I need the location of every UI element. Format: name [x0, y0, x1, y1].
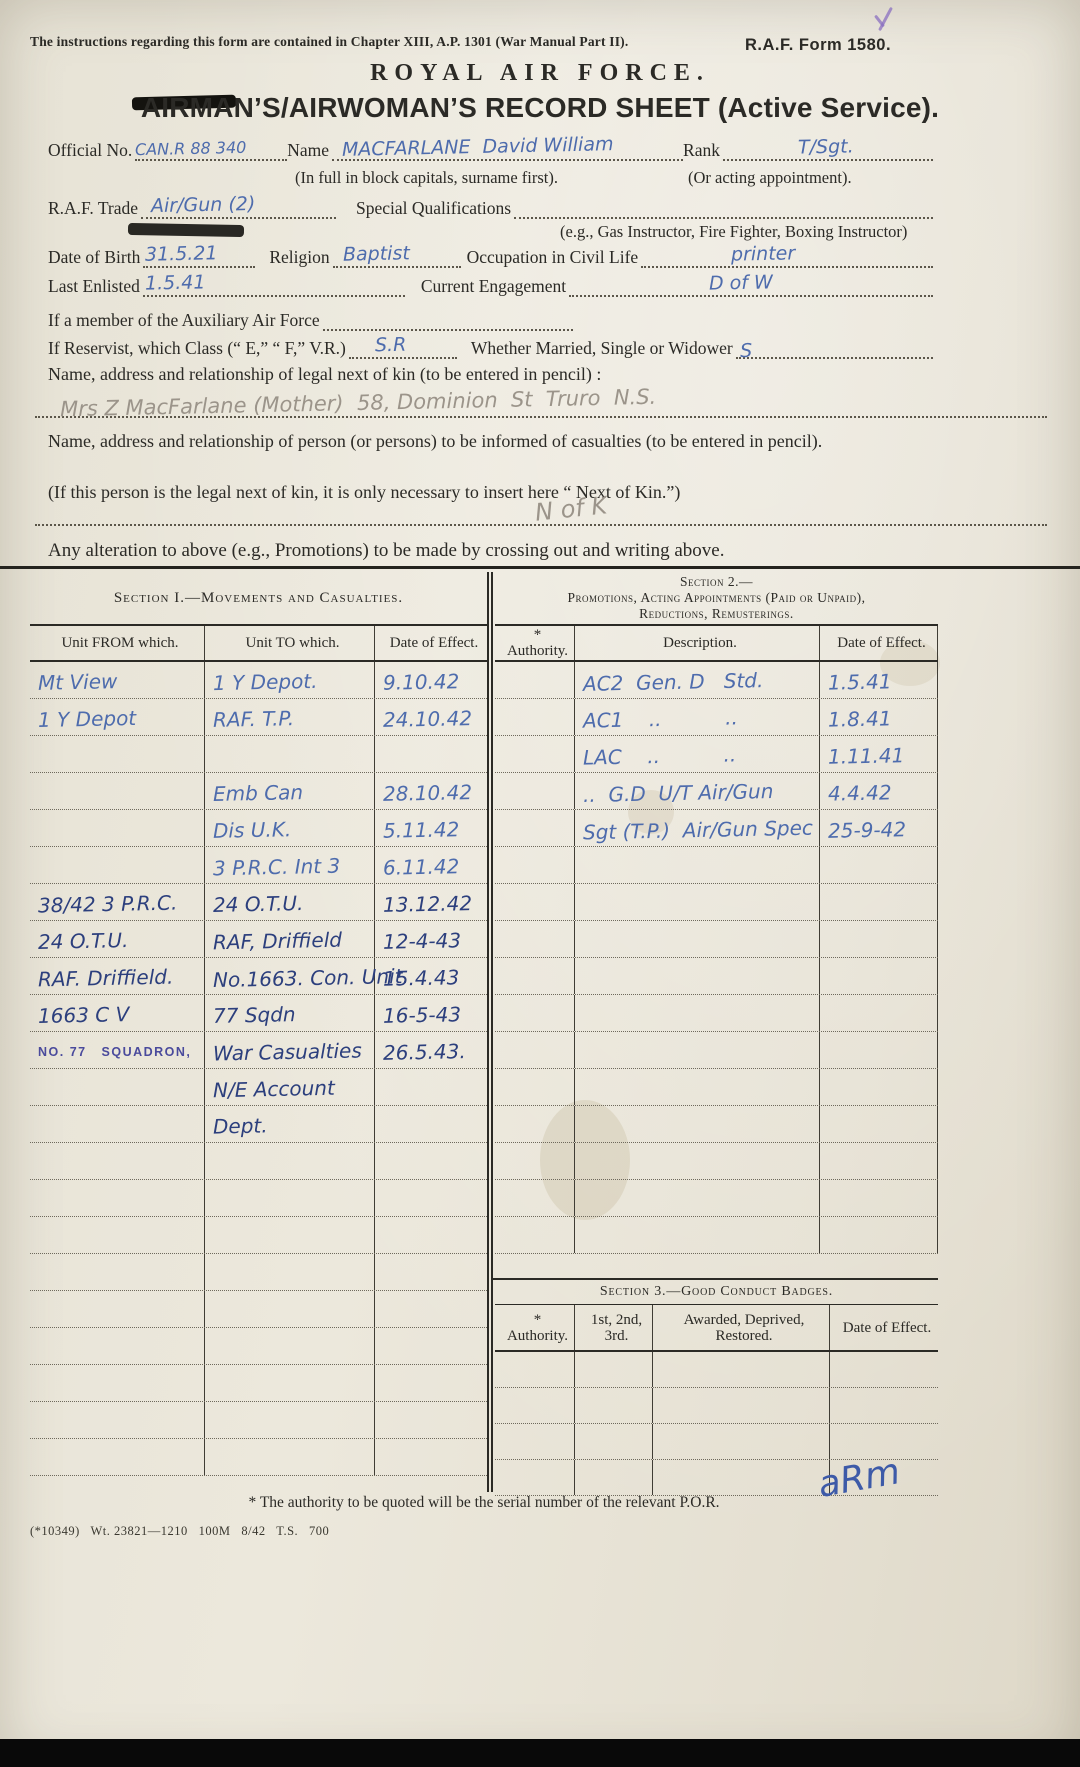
promotion-description-cell: [575, 847, 820, 883]
occupation-value: printer: [731, 242, 796, 265]
movement-date-cell: 6.11.42: [375, 847, 487, 883]
special-qualifications-note: (e.g., Gas Instructor, Fire Fighter, Box…: [560, 222, 907, 242]
movement-to-cell: 77 Sqdn: [205, 995, 375, 1031]
col-date-of-effect: Date of Effect.: [820, 626, 938, 660]
movement-from-cell: [30, 1439, 205, 1475]
promotion-authority-cell: [495, 736, 575, 772]
movement-to-cell: [205, 1217, 375, 1253]
movement-date-cell: 15.4.43: [375, 958, 487, 994]
promotion-description-cell: [575, 1106, 820, 1142]
section2-title-line3: Reductions, Remusterings.: [639, 606, 794, 622]
promotion-row: [495, 1069, 938, 1106]
movement-row: N/E Account: [30, 1069, 487, 1106]
badge-award-cell: [653, 1424, 830, 1459]
movement-row: NO. 77 SQUADRON,War Casualties26.5.43.: [30, 1032, 487, 1069]
movement-from-cell: [30, 1143, 205, 1179]
movement-date-value: 15.4.43: [383, 965, 460, 991]
movement-row: [30, 1439, 487, 1476]
movement-row: [30, 1180, 487, 1217]
movement-to-cell: [205, 1143, 375, 1179]
promotion-description-cell: AC1 .. ..: [575, 699, 820, 735]
promotion-date-value: 1.8.41: [828, 706, 892, 731]
movement-to-cell: Emb Can: [205, 773, 375, 809]
movement-date-cell: [375, 1069, 487, 1105]
promotion-date-cell: [820, 995, 938, 1031]
promotion-date-cell: [820, 1032, 938, 1068]
promotion-authority-cell: [495, 1217, 575, 1253]
movement-date-cell: [375, 1217, 487, 1253]
trade-value: Air/Gun (2): [151, 193, 256, 217]
promotion-date-cell: [820, 1069, 938, 1105]
promotion-date-cell: [820, 1106, 938, 1142]
movement-date-cell: [375, 1328, 487, 1364]
religion-value: Baptist: [342, 242, 409, 265]
movement-from-value: 1 Y Depot: [38, 706, 137, 732]
movement-from-cell: [30, 1069, 205, 1105]
promotion-description-cell: [575, 884, 820, 920]
next-of-kin-field: Mrs Z MacFarlane (Mother) 58, Dominion S…: [35, 388, 1047, 418]
movement-from-value: NO. 77 SQUADRON,: [38, 1045, 191, 1059]
movement-row: Mt View1 Y Depot.9.10.42: [30, 662, 487, 699]
reservist-value: S.R: [375, 334, 407, 357]
movement-from-cell: [30, 1180, 205, 1216]
section2-title: Section 2.— Promotions, Acting Appointme…: [495, 572, 938, 624]
movement-to-cell: [205, 736, 375, 772]
col-authority: * Authority.: [495, 1305, 575, 1350]
promotion-date-cell: [820, 1180, 938, 1216]
col-date-of-effect: Date of Effect.: [830, 1305, 938, 1350]
religion-label: Religion: [255, 247, 332, 268]
movement-date-value: 28.10.42: [383, 780, 473, 806]
promotion-date-cell: 4.4.42: [820, 773, 938, 809]
promotion-row: [495, 958, 938, 995]
movement-from-value: 24 O.T.U.: [38, 928, 129, 954]
promotion-row: [495, 995, 938, 1032]
section1-header-row: Unit FROM which. Unit TO which. Date of …: [30, 624, 487, 662]
badge-authority-cell: [495, 1352, 575, 1387]
movement-row: [30, 1365, 487, 1402]
movement-row: [30, 1254, 487, 1291]
movement-to-value: 1 Y Depot.: [213, 669, 318, 695]
movement-to-cell: [205, 1402, 375, 1438]
movement-from-cell: [30, 1328, 205, 1364]
movement-to-cell: [205, 1328, 375, 1364]
promotion-authority-cell: [495, 847, 575, 883]
badge-row: [495, 1388, 938, 1424]
movement-to-value: Emb Can: [213, 780, 304, 806]
movement-to-cell: [205, 1180, 375, 1216]
movement-date-value: 26.5.43.: [383, 1039, 466, 1065]
promotion-row: [495, 1032, 938, 1069]
movement-from-cell: [30, 1291, 205, 1327]
promotion-description-value: Sgt (T.P.) Air/Gun Spec: [583, 816, 813, 845]
date-of-birth-value: 31.5.21: [145, 242, 218, 266]
promotion-row: [495, 847, 938, 884]
movement-to-cell: Dept.: [205, 1106, 375, 1142]
movement-row: 38/42 3 P.R.C.24 O.T.U.13.12.42: [30, 884, 487, 921]
promotion-description-value: .. G.D U/T Air/Gun: [583, 779, 774, 807]
movement-date-cell: [375, 1439, 487, 1475]
occupation-field: printer: [641, 245, 933, 268]
promotion-authority-cell: [495, 773, 575, 809]
movement-row: 3 P.R.C. Int 36.11.42: [30, 847, 487, 884]
promotion-description-value: AC1 .. ..: [583, 705, 738, 732]
movement-date-cell: [375, 1291, 487, 1327]
movement-date-value: 5.11.42: [383, 817, 460, 843]
casualties-label: Name, address and relationship of person…: [48, 431, 822, 451]
promotion-description-cell: .. G.D U/T Air/Gun: [575, 773, 820, 809]
movement-date-cell: 16-5-43: [375, 995, 487, 1031]
promotion-row: AC1 .. ..1.8.41: [495, 699, 938, 736]
form-number: R.A.F. Form 1580.: [745, 36, 891, 55]
movement-row: RAF. Driffield.No.1663. Con. Unit.15.4.4…: [30, 958, 487, 995]
next-of-kin-value: Mrs Z MacFarlane (Mother) 58, Dominion S…: [60, 385, 657, 421]
movement-row: [30, 1328, 487, 1365]
form-subtitle: AIRMAN’S/AIRWOMAN’S RECORD SHEET (Active…: [0, 92, 1080, 124]
movement-to-cell: 3 P.R.C. Int 3: [205, 847, 375, 883]
movement-from-cell: 1663 C V: [30, 995, 205, 1031]
badge-date-cell: [830, 1388, 938, 1423]
col-unit-from: Unit FROM which.: [30, 626, 205, 660]
ink-smudge: [128, 223, 244, 237]
promotion-description-cell: LAC .. ..: [575, 736, 820, 772]
date-of-birth-field: 31.5.21: [143, 245, 255, 268]
movement-date-value: 6.11.42: [383, 854, 460, 880]
col-badge-class: 1st, 2nd, 3rd.: [575, 1305, 653, 1350]
col-authority: * Authority.: [495, 626, 575, 660]
movement-to-cell: War Casualties: [205, 1032, 375, 1068]
trade-label: R.A.F. Trade: [48, 198, 141, 219]
tables-area: Section I.—Movements and Casualties. Uni…: [30, 572, 938, 1492]
badge-grade-cell: [575, 1352, 653, 1387]
movement-from-cell: [30, 1365, 205, 1401]
casualties-person-field: N of K: [35, 496, 1047, 526]
badge-award-cell: [653, 1352, 830, 1387]
movement-to-value: War Casualties: [213, 1038, 362, 1065]
movement-date-value: 16-5-43: [383, 1002, 462, 1028]
promotion-date-cell: 1.11.41: [820, 736, 938, 772]
section2-title-line1: Section 2.—: [680, 574, 753, 590]
trade-field: Air/Gun (2): [141, 196, 336, 219]
col-date-of-effect: Date of Effect.: [375, 626, 487, 660]
movement-from-cell: RAF. Driffield.: [30, 958, 205, 994]
special-qualifications-field: [514, 196, 933, 219]
movement-from-cell: [30, 1402, 205, 1438]
movement-to-value: 24 O.T.U.: [213, 891, 304, 917]
badge-award-cell: [653, 1460, 830, 1495]
movement-row: 1 Y DepotRAF. T.P.24.10.42: [30, 699, 487, 736]
marital-label: Whether Married, Single or Widower: [457, 338, 736, 359]
movement-date-cell: 12-4-43: [375, 921, 487, 957]
reservist-field: S.R: [349, 336, 457, 359]
movement-from-cell: 24 O.T.U.: [30, 921, 205, 957]
section2-header-row: * Authority. Description. Date of Effect…: [495, 624, 938, 662]
movement-row: [30, 736, 487, 773]
name-field: MACFARLANE David William: [332, 138, 683, 161]
movement-to-value: 77 Sqdn: [213, 1002, 296, 1028]
current-engagement-label: Current Engagement: [405, 276, 569, 297]
name-note: (In full in block capitals, surname firs…: [295, 168, 558, 188]
movement-row: [30, 1402, 487, 1439]
pen-scribble-mark: [866, 4, 902, 38]
movement-from-cell: [30, 1254, 205, 1290]
reservist-label: If Reservist, which Class (“ E,” “ F,” V…: [48, 338, 349, 359]
date-of-birth-label: Date of Birth: [48, 247, 143, 268]
movement-to-value: RAF, Driffield: [213, 928, 342, 955]
movement-row: 1663 C V77 Sqdn16-5-43: [30, 995, 487, 1032]
name-label: Name: [287, 140, 332, 161]
movement-from-cell: [30, 736, 205, 772]
movement-date-cell: [375, 1254, 487, 1290]
marital-value: S: [740, 340, 752, 356]
movement-date-cell: 13.12.42: [375, 884, 487, 920]
section1-title: Section I.—Movements and Casualties.: [30, 572, 487, 624]
movement-to-cell: Dis U.K.: [205, 810, 375, 846]
movement-date-cell: 28.10.42: [375, 773, 487, 809]
movement-date-cell: [375, 1106, 487, 1142]
form-title: ROYAL AIR FORCE.: [0, 60, 1080, 87]
promotion-row: [495, 884, 938, 921]
section1-rows: Mt View1 Y Depot.9.10.421 Y DepotRAF. T.…: [30, 662, 487, 1476]
movement-from-value: RAF. Driffield.: [38, 965, 174, 992]
printer-imprint: (*10349) Wt. 23821—1210 100M 8/42 T.S. 7…: [30, 1524, 329, 1539]
promotion-date-cell: [820, 847, 938, 883]
movement-to-value: 3 P.R.C. Int 3: [213, 854, 341, 881]
movement-date-cell: [375, 736, 487, 772]
promotion-row: Sgt (T.P.) Air/Gun Spec25-9-42: [495, 810, 938, 847]
movement-row: Dis U.K.5.11.42: [30, 810, 487, 847]
movement-from-value: Mt View: [38, 669, 118, 695]
movement-to-cell: [205, 1254, 375, 1290]
last-enlisted-field: 1.5.41: [143, 274, 405, 297]
promotion-date-value: 4.4.42: [828, 780, 892, 805]
movement-to-cell: N/E Account: [205, 1069, 375, 1105]
movement-date-cell: 26.5.43.: [375, 1032, 487, 1068]
promotion-description-cell: [575, 921, 820, 957]
section3-title: Section 3.—Good Conduct Badges.: [495, 1280, 938, 1305]
alteration-note: Any alteration to above (e.g., Promotion…: [48, 540, 724, 562]
promotion-date-cell: [820, 1143, 938, 1179]
movement-date-cell: [375, 1180, 487, 1216]
promotion-row: AC2 Gen. D Std.1.5.41: [495, 662, 938, 699]
badge-authority-cell: [495, 1460, 575, 1495]
promotion-authority-cell: [495, 1069, 575, 1105]
section-divider-rule: [0, 566, 1080, 569]
movement-to-cell: RAF. T.P.: [205, 699, 375, 735]
movement-to-cell: No.1663. Con. Unit.: [205, 958, 375, 994]
auxiliary-label: If a member of the Auxiliary Air Force: [48, 310, 323, 331]
authority-footnote: * The authority to be quoted will be the…: [30, 1494, 938, 1512]
movement-from-cell: [30, 1217, 205, 1253]
movement-from-cell: Mt View: [30, 662, 205, 698]
promotion-description-cell: [575, 1032, 820, 1068]
movement-to-value: Dis U.K.: [213, 817, 292, 843]
movement-from-value: 38/42 3 P.R.C.: [38, 891, 178, 918]
badge-award-cell: [653, 1388, 830, 1423]
rank-field: T/Sgt.: [723, 138, 933, 161]
movement-row: [30, 1291, 487, 1328]
promotion-authority-cell: [495, 810, 575, 846]
movement-row: Dept.: [30, 1106, 487, 1143]
official-no-field: CAN.R 88 340: [135, 138, 287, 161]
promotion-authority-cell: [495, 921, 575, 957]
badge-date-cell: [830, 1352, 938, 1387]
movement-row: [30, 1217, 487, 1254]
section2-rows: AC2 Gen. D Std.1.5.41AC1 .. ..1.8.41LAC …: [495, 662, 938, 1254]
badge-grade-cell: [575, 1388, 653, 1423]
promotion-description-cell: [575, 1143, 820, 1179]
current-engagement-field: D of W: [569, 274, 933, 297]
promotion-row: [495, 921, 938, 958]
promotion-description-cell: [575, 995, 820, 1031]
promotion-row: [495, 1143, 938, 1180]
movement-date-value: 13.12.42: [383, 891, 473, 917]
religion-field: Baptist: [333, 245, 461, 268]
movement-to-cell: [205, 1291, 375, 1327]
promotion-date-cell: 1.5.41: [820, 662, 938, 698]
promotion-description-cell: Sgt (T.P.) Air/Gun Spec: [575, 810, 820, 846]
movement-date-cell: 5.11.42: [375, 810, 487, 846]
movement-date-cell: [375, 1402, 487, 1438]
movement-date-value: 9.10.42: [383, 669, 460, 695]
movement-row: [30, 1143, 487, 1180]
movement-to-cell: 1 Y Depot.: [205, 662, 375, 698]
section1-table: Section I.—Movements and Casualties. Uni…: [30, 572, 487, 1476]
col-description: Description.: [575, 626, 820, 660]
movement-date-cell: 24.10.42: [375, 699, 487, 735]
promotion-row: [495, 1180, 938, 1217]
promotion-description-cell: AC2 Gen. D Std.: [575, 662, 820, 698]
casualties-person-value: N of K: [534, 491, 609, 526]
promotion-date-cell: [820, 958, 938, 994]
movement-to-cell: [205, 1439, 375, 1475]
occupation-label: Occupation in Civil Life: [461, 247, 642, 268]
movement-from-cell: [30, 773, 205, 809]
badge-row: [495, 1352, 938, 1388]
movement-to-value: Dept.: [213, 1113, 268, 1138]
movement-to-cell: [205, 1365, 375, 1401]
promotion-row: LAC .. ..1.11.41: [495, 736, 938, 773]
promotion-description-cell: [575, 958, 820, 994]
movement-date-cell: [375, 1365, 487, 1401]
movement-to-cell: 24 O.T.U.: [205, 884, 375, 920]
promotion-authority-cell: [495, 662, 575, 698]
movement-to-cell: RAF, Driffield: [205, 921, 375, 957]
movement-from-cell: [30, 1106, 205, 1142]
movement-from-cell: 1 Y Depot: [30, 699, 205, 735]
raf-record-sheet: The instructions regarding this form are…: [0, 0, 1080, 1767]
promotion-authority-cell: [495, 699, 575, 735]
promotion-date-value: 25-9-42: [828, 817, 907, 843]
badge-grade-cell: [575, 1424, 653, 1459]
movement-date-cell: 9.10.42: [375, 662, 487, 698]
movement-to-value: N/E Account: [213, 1076, 335, 1103]
section2-title-line2: Promotions, Acting Appointments (Paid or…: [567, 590, 865, 606]
badge-authority-cell: [495, 1424, 575, 1459]
official-no-label: Official No.: [48, 140, 135, 161]
badge-grade-cell: [575, 1460, 653, 1495]
col-unit-to: Unit TO which.: [205, 626, 375, 660]
promotion-date-cell: [820, 921, 938, 957]
section3-header-row: * Authority. 1st, 2nd, 3rd. Awarded, Dep…: [495, 1305, 938, 1352]
promotion-description-value: LAC .. ..: [583, 742, 737, 769]
promotion-date-cell: [820, 1217, 938, 1253]
section2-table: Section 2.— Promotions, Acting Appointme…: [493, 572, 938, 1254]
movement-date-value: 24.10.42: [383, 706, 473, 732]
promotion-authority-cell: [495, 1180, 575, 1216]
promotion-description-cell: [575, 1069, 820, 1105]
rank-value: T/Sgt.: [798, 135, 854, 158]
promotion-date-cell: 1.8.41: [820, 699, 938, 735]
movement-date-value: 12-4-43: [383, 928, 462, 954]
last-enlisted-label: Last Enlisted: [48, 276, 143, 297]
movement-from-cell: [30, 810, 205, 846]
promotion-authority-cell: [495, 1143, 575, 1179]
promotion-row: [495, 1217, 938, 1254]
promotion-authority-cell: [495, 1032, 575, 1068]
movement-from-cell: 38/42 3 P.R.C.: [30, 884, 205, 920]
marital-field: S: [736, 336, 933, 359]
official-no-value: CAN.R 88 340: [135, 138, 247, 159]
scan-edge-bar: [0, 1739, 1080, 1767]
promotion-description-value: AC2 Gen. D Std.: [583, 668, 764, 696]
promotion-description-cell: [575, 1180, 820, 1216]
promotion-authority-cell: [495, 958, 575, 994]
last-enlisted-value: 1.5.41: [145, 271, 206, 294]
auxiliary-field: [323, 308, 573, 331]
promotion-authority-cell: [495, 1106, 575, 1142]
promotion-date-value: 1.5.41: [828, 669, 892, 694]
badge-authority-cell: [495, 1388, 575, 1423]
promotion-date-cell: 25-9-42: [820, 810, 938, 846]
rank-note: (Or acting appointment).: [688, 168, 852, 188]
promotion-authority-cell: [495, 884, 575, 920]
promotion-date-cell: [820, 884, 938, 920]
col-awarded-deprived-restored: Awarded, Deprived, Restored.: [653, 1305, 830, 1350]
movement-row: 24 O.T.U.RAF, Driffield12-4-43: [30, 921, 487, 958]
name-value: MACFARLANE David William: [342, 133, 614, 161]
promotion-row: .. G.D U/T Air/Gun4.4.42: [495, 773, 938, 810]
movement-from-cell: [30, 847, 205, 883]
movement-from-value: 1663 C V: [38, 1002, 130, 1028]
movement-row: Emb Can28.10.42: [30, 773, 487, 810]
promotion-authority-cell: [495, 995, 575, 1031]
current-engagement-value: D of W: [709, 271, 773, 294]
movement-from-cell: NO. 77 SQUADRON,: [30, 1032, 205, 1068]
promotion-description-cell: [575, 1217, 820, 1253]
movement-to-value: RAF. T.P.: [213, 706, 295, 732]
next-of-kin-label: Name, address and relationship of legal …: [48, 364, 601, 385]
promotion-row: [495, 1106, 938, 1143]
movement-date-cell: [375, 1143, 487, 1179]
form-instructions: The instructions regarding this form are…: [30, 34, 730, 50]
rank-label: Rank: [683, 140, 723, 161]
special-qualifications-label: Special Qualifications: [336, 198, 514, 219]
promotion-date-value: 1.11.41: [828, 743, 905, 769]
